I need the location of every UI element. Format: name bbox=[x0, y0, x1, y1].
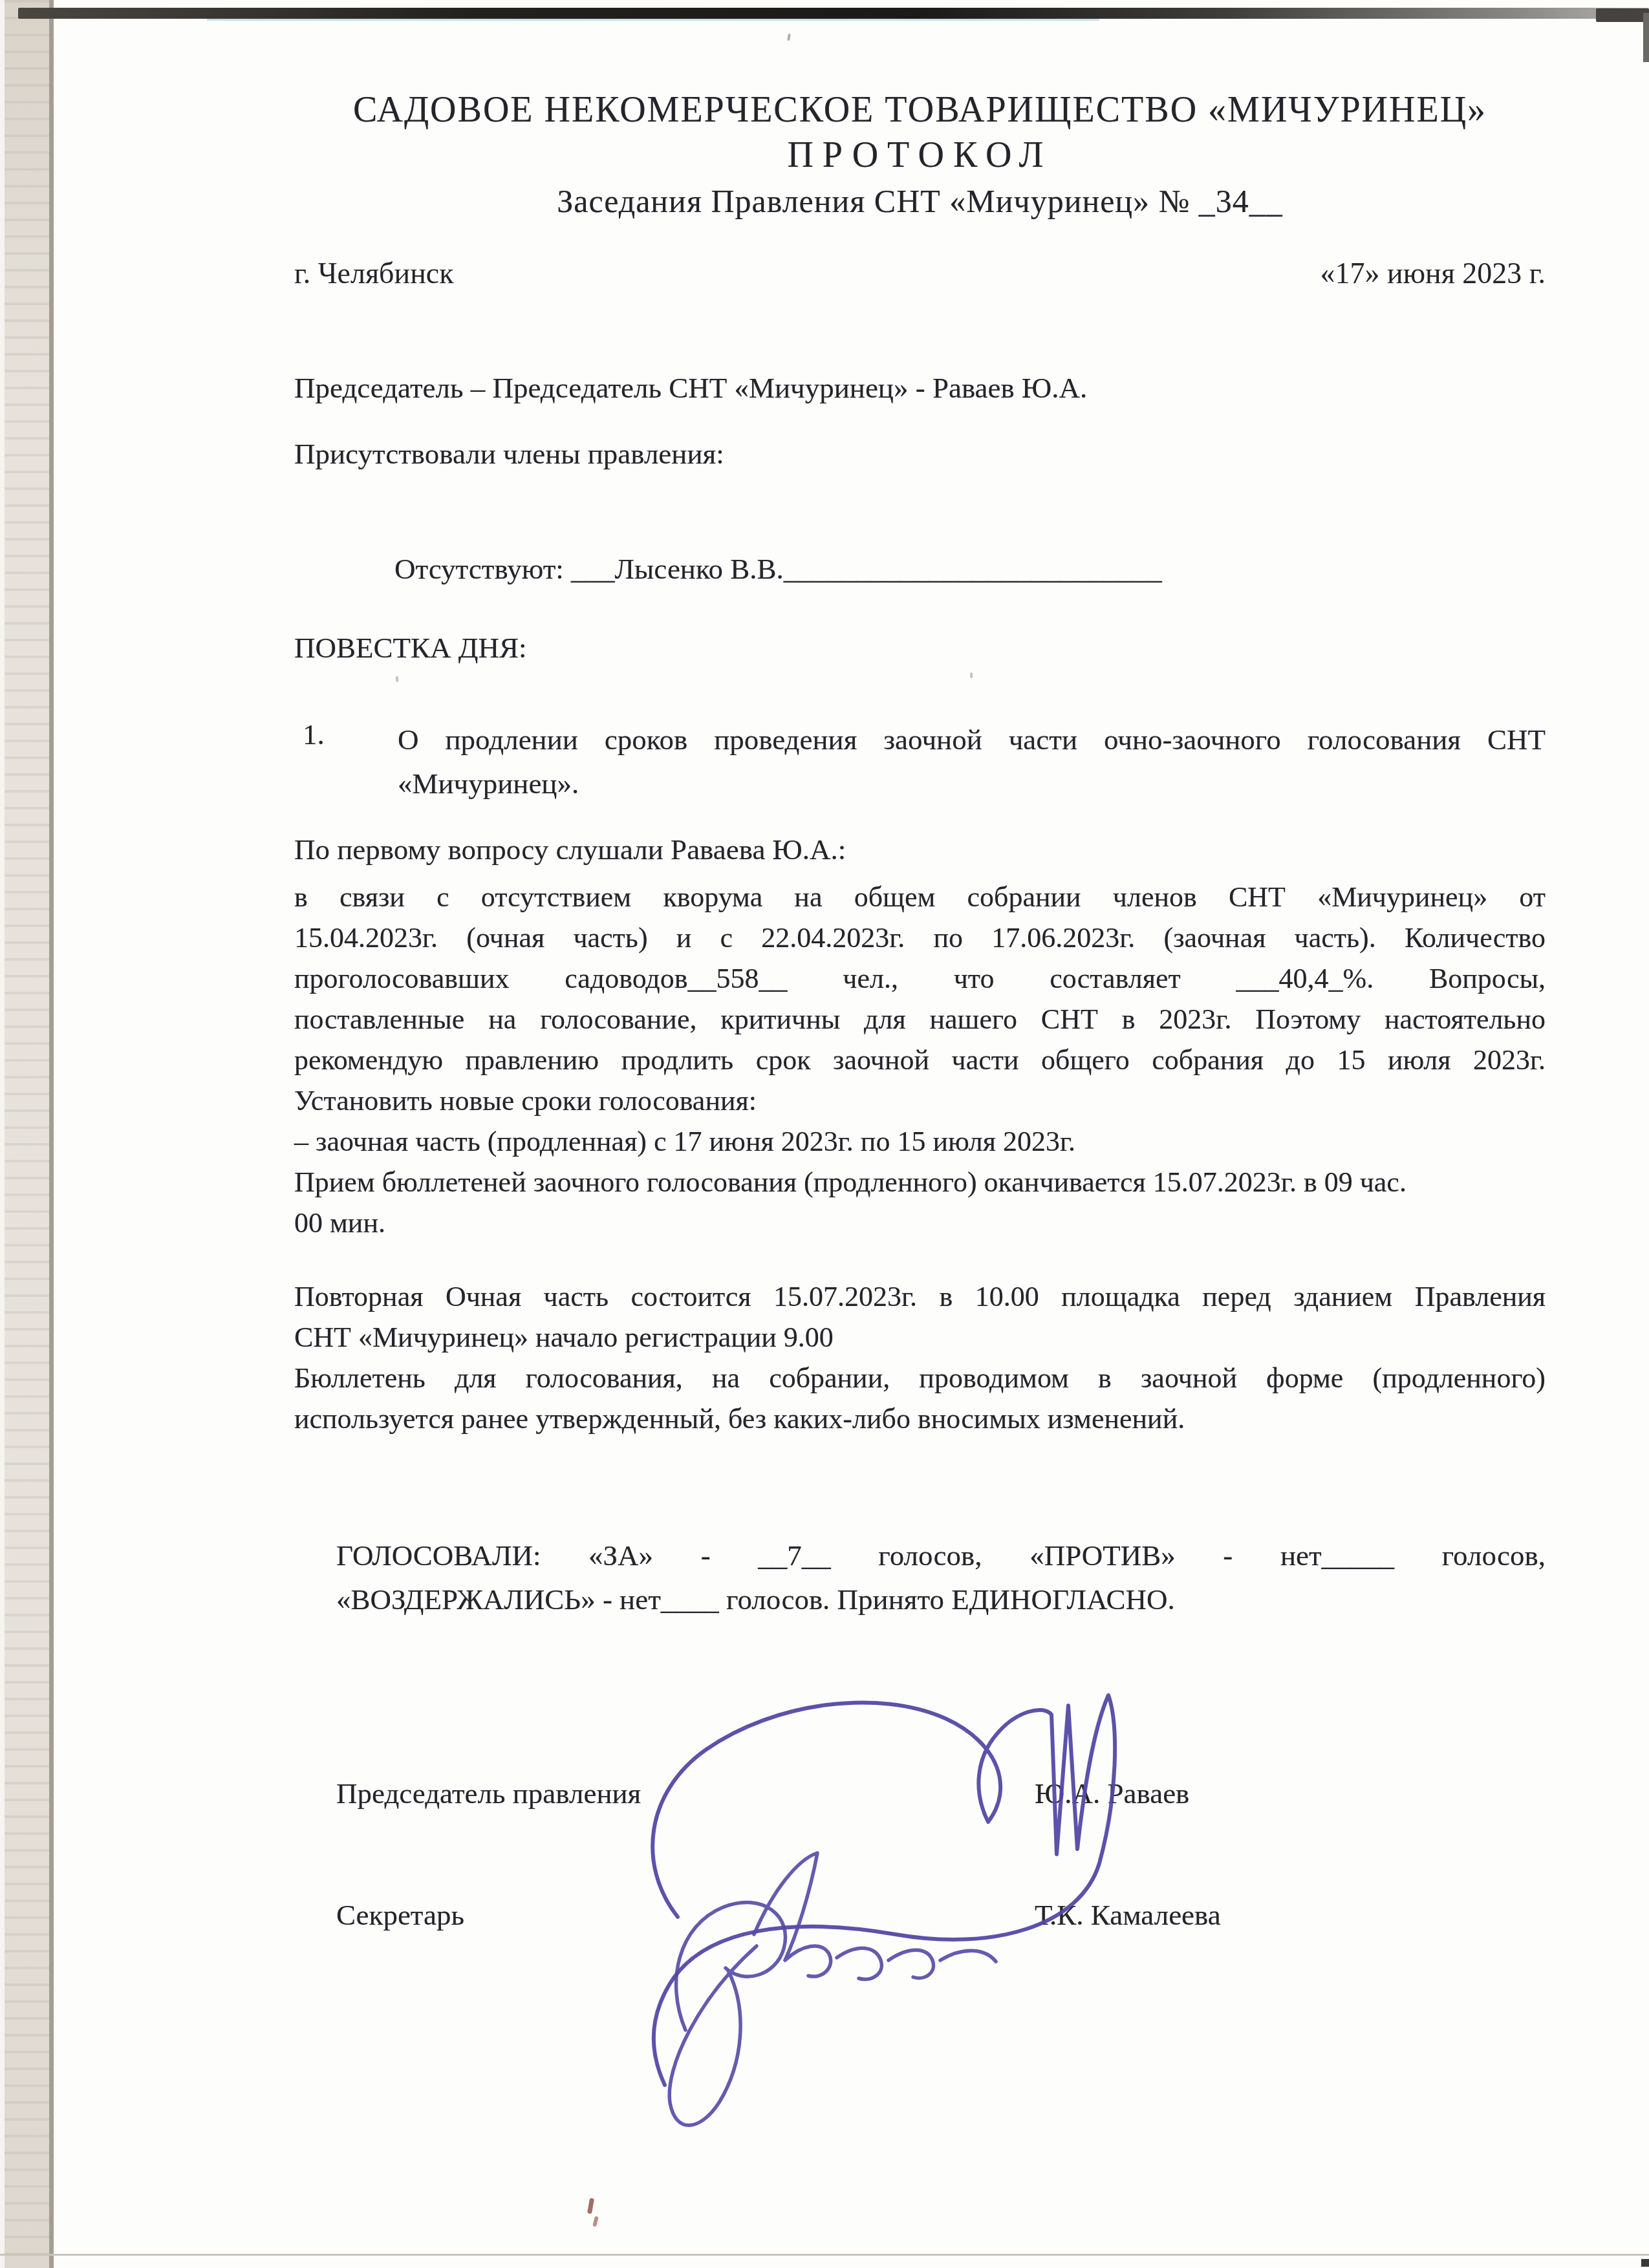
dust-speck bbox=[970, 672, 973, 678]
absent-members-line: Отсутствуют: ___Лысенко В.В.____________… bbox=[394, 552, 1162, 586]
resolution-paragraph: Повторная Очная часть состоится 15.07.20… bbox=[294, 1276, 1546, 1439]
scan-blue-line-artifact bbox=[207, 19, 1099, 21]
discussion-line: проголосовавших садоводов__558__ чел., ч… bbox=[294, 958, 1546, 999]
chairman-signature-name: Ю.А. Раваев bbox=[1035, 1777, 1189, 1810]
discussion-intro-line: По первому вопросу слушали Раваева Ю.А.: bbox=[294, 833, 846, 866]
dust-speck bbox=[787, 34, 790, 41]
resolution-line: Повторная Очная часть состоится 15.07.20… bbox=[294, 1276, 1546, 1317]
discussion-paragraph: в связи с отсутствием кворума на общем с… bbox=[294, 877, 1546, 1243]
dust-speck bbox=[396, 676, 399, 682]
agenda-heading: ПОВЕСТКА ДНЯ: bbox=[294, 631, 526, 665]
discussion-line: в связи с отсутствием кворума на общем с… bbox=[294, 877, 1546, 917]
discussion-line: Установить новые сроки голосования: bbox=[294, 1080, 1546, 1121]
scan-edge-left-strip bbox=[0, 0, 54, 2268]
secretary-signature-role: Секретарь bbox=[336, 1898, 464, 1932]
chairman-line: Председатель – Председатель СНТ «Мичурин… bbox=[294, 371, 1087, 405]
discussion-line: поставленные на голосование, критичны дл… bbox=[294, 999, 1546, 1040]
date-label: «17» июня 2023 г. bbox=[1320, 256, 1546, 290]
scanned-protocol-page: САДОВОЕ НЕКОМЕРЧЕСКОЕ ТОВАРИЩЕСТВО «МИЧУ… bbox=[0, 0, 1649, 2268]
discussion-line: Прием бюллетеней заочного голосования (п… bbox=[294, 1162, 1546, 1203]
red-ink-smudge bbox=[587, 2198, 594, 2214]
red-ink-smudge bbox=[592, 2216, 599, 2227]
place-date-row: г. Челябинск «17» июня 2023 г. bbox=[294, 256, 1546, 290]
chairman-signature-ink bbox=[652, 1695, 1115, 2085]
scan-corner-mark bbox=[1641, 2259, 1649, 2267]
present-members-line: Присутствовали члены правления: bbox=[294, 437, 724, 471]
resolution-line: СНТ «Мичуринец» начало регистрации 9.00 bbox=[294, 1317, 1546, 1358]
agenda-item-line: О продлении сроков проведения заочной ча… bbox=[398, 718, 1546, 762]
scan-dark-top-band bbox=[18, 8, 1649, 19]
resolution-line: используется ранее утвержденный, без как… bbox=[294, 1398, 1546, 1439]
scan-top-right-blob bbox=[1596, 8, 1649, 22]
discussion-line: 15.04.2023г. (очная часть) и с 22.04.202… bbox=[294, 917, 1546, 958]
doc-type-title: ПРОТОКОЛ bbox=[294, 134, 1546, 176]
secretary-signature-ink bbox=[669, 1853, 996, 2125]
doc-subtitle: Заседания Правления СНТ «Мичуринец» № _3… bbox=[294, 182, 1546, 220]
agenda-item-text: О продлении сроков проведения заочной ча… bbox=[398, 718, 1546, 806]
discussion-line: – заочная часть (продленная) с 17 июня 2… bbox=[294, 1121, 1546, 1162]
discussion-line: рекомендую правлению продлить срок заочн… bbox=[294, 1040, 1546, 1080]
org-title: САДОВОЕ НЕКОМЕРЧЕСКОЕ ТОВАРИЩЕСТВО «МИЧУ… bbox=[294, 89, 1546, 131]
secretary-signature-name: Т.К. Камалеева bbox=[1035, 1898, 1221, 1932]
agenda-item-number: 1. bbox=[303, 718, 325, 751]
resolution-line: Бюллетень для голосования, на собрании, … bbox=[294, 1358, 1546, 1398]
place-label: г. Челябинск bbox=[294, 256, 454, 290]
chairman-signature-role: Председатель правления bbox=[336, 1777, 641, 1810]
voting-results: ГОЛОСОВАЛИ: «ЗА» - __7__ голосов, «ПРОТИ… bbox=[336, 1534, 1546, 1621]
agenda-item-line: «Мичуринец». bbox=[398, 762, 1546, 806]
scan-edge-bottom-line bbox=[0, 2254, 1649, 2256]
voting-line: «ВОЗДЕРЖАЛИСЬ» - нет____ голосов. Принят… bbox=[336, 1578, 1546, 1621]
voting-line: ГОЛОСОВАЛИ: «ЗА» - __7__ голосов, «ПРОТИ… bbox=[336, 1534, 1546, 1578]
scan-edge-right-sliver bbox=[1643, 13, 1649, 62]
discussion-line: 00 мин. bbox=[294, 1203, 1546, 1243]
